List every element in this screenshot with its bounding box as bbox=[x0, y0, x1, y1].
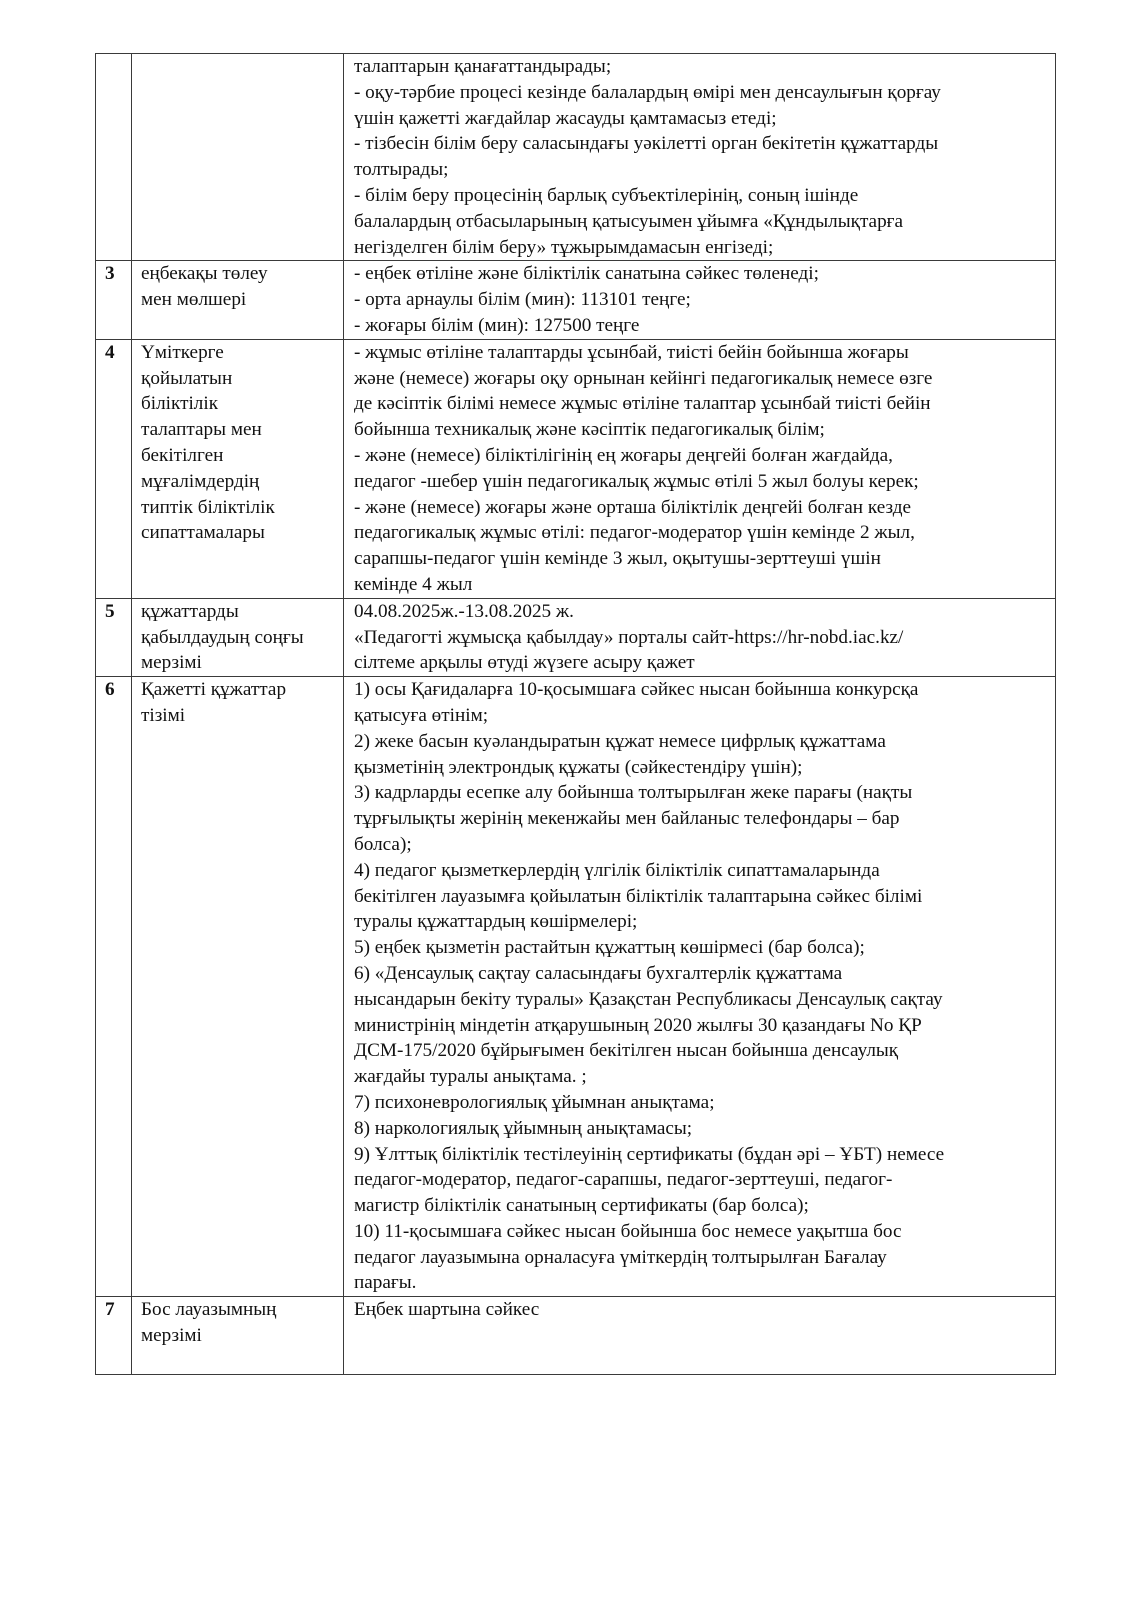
text-line: - жоғары білім (мин): 127500 теңге bbox=[354, 313, 1049, 339]
text-line: магистр біліктілік санатының сертификаты… bbox=[354, 1193, 1049, 1219]
text-line: 5) еңбек қызметін растайтын құжаттың көш… bbox=[354, 935, 1049, 961]
text-line: 9) Ұлттық біліктілік тестілеуінің сертиф… bbox=[354, 1142, 1049, 1168]
text-line: жағдайы туралы анықтама. ; bbox=[354, 1064, 1049, 1090]
text-line: Бос лауазымның bbox=[141, 1297, 339, 1323]
text-line: қызметінің электрондық құжаты (сәйкестен… bbox=[354, 755, 1049, 781]
text-line: педагог лауазымына орналасуға үміткердің… bbox=[354, 1245, 1049, 1271]
text-line: «Педагогті жұмысқа қабылдау» порталы сай… bbox=[354, 625, 1049, 651]
row-label: Үміткергеқойылатынбіліктілікталаптары ме… bbox=[132, 339, 344, 598]
text-line: біліктілік bbox=[141, 391, 339, 417]
text-line: нысандарын бекіту туралы» Қазақстан Респ… bbox=[354, 987, 1049, 1013]
text-line: - жұмыс өтіліне талаптарды ұсынбай, тиіс… bbox=[354, 340, 1049, 366]
text-line: тұрғылықты жерінің мекенжайы мен байланы… bbox=[354, 806, 1049, 832]
text-line: толтырады; bbox=[354, 157, 1049, 183]
row-label bbox=[132, 54, 344, 261]
table-row-required-documents: 6 Қажетті құжаттартізімі 1) осы Қағидала… bbox=[96, 677, 1056, 1297]
text-line: Қажетті құжаттар bbox=[141, 677, 339, 703]
text-line: еңбекақы төлеу bbox=[141, 261, 339, 287]
row-label: еңбекақы төлеумен мөлшері bbox=[132, 261, 344, 339]
text-line: - еңбек өтіліне және біліктілік санатына… bbox=[354, 261, 1049, 287]
text-line: - орта арнаулы білім (мин): 113101 теңге… bbox=[354, 287, 1049, 313]
table-row-deadline: 5 құжаттардықабылдаудың соңғымерзімі 04.… bbox=[96, 598, 1056, 676]
text-line: сілтеме арқылы өтуді жүзеге асыру қажет bbox=[354, 650, 1049, 676]
row-number: 7 bbox=[96, 1297, 132, 1375]
text-line: педагог -шебер үшін педагогикалық жұмыс … bbox=[354, 469, 1049, 495]
text-line: - және (немесе) жоғары және орташа білік… bbox=[354, 495, 1049, 521]
document-page: талаптарын қанағаттандырады;- оқу-тәрбие… bbox=[95, 53, 1055, 1375]
text-line: 2) жеке басын куәландыратын құжат немесе… bbox=[354, 729, 1049, 755]
text-line: 10) 11-қосымшаға сәйкес нысан бойынша бо… bbox=[354, 1219, 1049, 1245]
row-content: 04.08.2025ж.-13.08.2025 ж.«Педагогті жұм… bbox=[344, 598, 1056, 676]
text-line: министрінің міндетін атқарушының 2020 жы… bbox=[354, 1013, 1049, 1039]
row-number: 6 bbox=[96, 677, 132, 1297]
text-line: қабылдаудың соңғы bbox=[141, 625, 339, 651]
text-line: үшін қажетті жағдайлар жасауды қамтамасы… bbox=[354, 106, 1049, 132]
text-line: типтік біліктілік bbox=[141, 495, 339, 521]
text-line: талаптары мен bbox=[141, 417, 339, 443]
text-line: Еңбек шартына сәйкес bbox=[354, 1297, 1049, 1323]
table-row-salary: 3 еңбекақы төлеумен мөлшері - еңбек өтіл… bbox=[96, 261, 1056, 339]
text-line: - тізбесін білім беру саласындағы уәкіле… bbox=[354, 131, 1049, 157]
row-content: Еңбек шартына сәйкес bbox=[344, 1297, 1056, 1375]
row-number: 4 bbox=[96, 339, 132, 598]
text-line: мен мөлшері bbox=[141, 287, 339, 313]
text-line: талаптарын қанағаттандырады; bbox=[354, 54, 1049, 80]
row-content: - еңбек өтіліне және біліктілік санатына… bbox=[344, 261, 1056, 339]
text-line: Үміткерге bbox=[141, 340, 339, 366]
text-line: бойынша техникалық және кәсіптік педагог… bbox=[354, 417, 1049, 443]
table-row-qualification-requirements: 4 Үміткергеқойылатынбіліктілікталаптары … bbox=[96, 339, 1056, 598]
row-content: - жұмыс өтіліне талаптарды ұсынбай, тиіс… bbox=[344, 339, 1056, 598]
text-line: мерзімі bbox=[141, 650, 339, 676]
text-line: сипаттамалары bbox=[141, 520, 339, 546]
row-label: Бос лауазымныңмерзімі bbox=[132, 1297, 344, 1375]
text-line: 04.08.2025ж.-13.08.2025 ж. bbox=[354, 599, 1049, 625]
row-content: талаптарын қанағаттандырады;- оқу-тәрбие… bbox=[344, 54, 1056, 261]
text-line: педагогикалық жұмыс өтілі: педагог-модер… bbox=[354, 520, 1049, 546]
text-line: негізделген білім беру» тұжырымдамасын е… bbox=[354, 235, 1049, 261]
text-line: 7) психоневрологиялық ұйымнан анықтама; bbox=[354, 1090, 1049, 1116]
table-row-vacancy-term: 7 Бос лауазымныңмерзімі Еңбек шартына сә… bbox=[96, 1297, 1056, 1375]
row-label: Қажетті құжаттартізімі bbox=[132, 677, 344, 1297]
text-line: мерзімі bbox=[141, 1323, 339, 1349]
text-line: сарапшы-педагог үшін кемінде 3 жыл, оқыт… bbox=[354, 546, 1049, 572]
row-number: 5 bbox=[96, 598, 132, 676]
row-content: 1) осы Қағидаларға 10-қосымшаға сәйкес н… bbox=[344, 677, 1056, 1297]
text-line: парағы. bbox=[354, 1270, 1049, 1296]
text-line: 1) осы Қағидаларға 10-қосымшаға сәйкес н… bbox=[354, 677, 1049, 703]
text-line: педагог-модератор, педагог-сарапшы, педа… bbox=[354, 1167, 1049, 1193]
row-label: құжаттардықабылдаудың соңғымерзімі bbox=[132, 598, 344, 676]
text-line: - оқу-тәрбие процесі кезінде балалардың … bbox=[354, 80, 1049, 106]
text-line: бекітілген bbox=[141, 443, 339, 469]
text-line: 3) кадрларды есепке алу бойынша толтырыл… bbox=[354, 780, 1049, 806]
text-line: де кәсіптік білімі немесе жұмыс өтіліне … bbox=[354, 391, 1049, 417]
text-line: кемінде 4 жыл bbox=[354, 572, 1049, 598]
text-line: балалардың отбасыларының қатысуымен ұйым… bbox=[354, 209, 1049, 235]
table-row-continuation: талаптарын қанағаттандырады;- оқу-тәрбие… bbox=[96, 54, 1056, 261]
text-line: бекітілген лауазымға қойылатын біліктілі… bbox=[354, 884, 1049, 910]
text-line: 6) «Денсаулық сақтау саласындағы бухгалт… bbox=[354, 961, 1049, 987]
text-line: туралы құжаттардың көшірмелері; bbox=[354, 909, 1049, 935]
text-line: - білім беру процесінің барлық субъектіл… bbox=[354, 183, 1049, 209]
text-line: және (немесе) жоғары оқу орнынан кейінгі… bbox=[354, 366, 1049, 392]
row-number: 3 bbox=[96, 261, 132, 339]
text-line: тізімі bbox=[141, 703, 339, 729]
text-line: 4) педагог қызметкерлердің үлгілік білік… bbox=[354, 858, 1049, 884]
text-line: болса); bbox=[354, 832, 1049, 858]
text-line: ДСМ-175/2020 бұйрығымен бекітілген нысан… bbox=[354, 1038, 1049, 1064]
text-line: мұғалімдердің bbox=[141, 469, 339, 495]
text-line: құжаттарды bbox=[141, 599, 339, 625]
text-line: қатысуға өтінім; bbox=[354, 703, 1049, 729]
text-line: - және (немесе) біліктілігінің ең жоғары… bbox=[354, 443, 1049, 469]
row-number bbox=[96, 54, 132, 261]
text-line: 8) наркологиялық ұйымның анықтамасы; bbox=[354, 1116, 1049, 1142]
text-line: қойылатын bbox=[141, 366, 339, 392]
vacancy-info-table: талаптарын қанағаттандырады;- оқу-тәрбие… bbox=[95, 53, 1056, 1375]
